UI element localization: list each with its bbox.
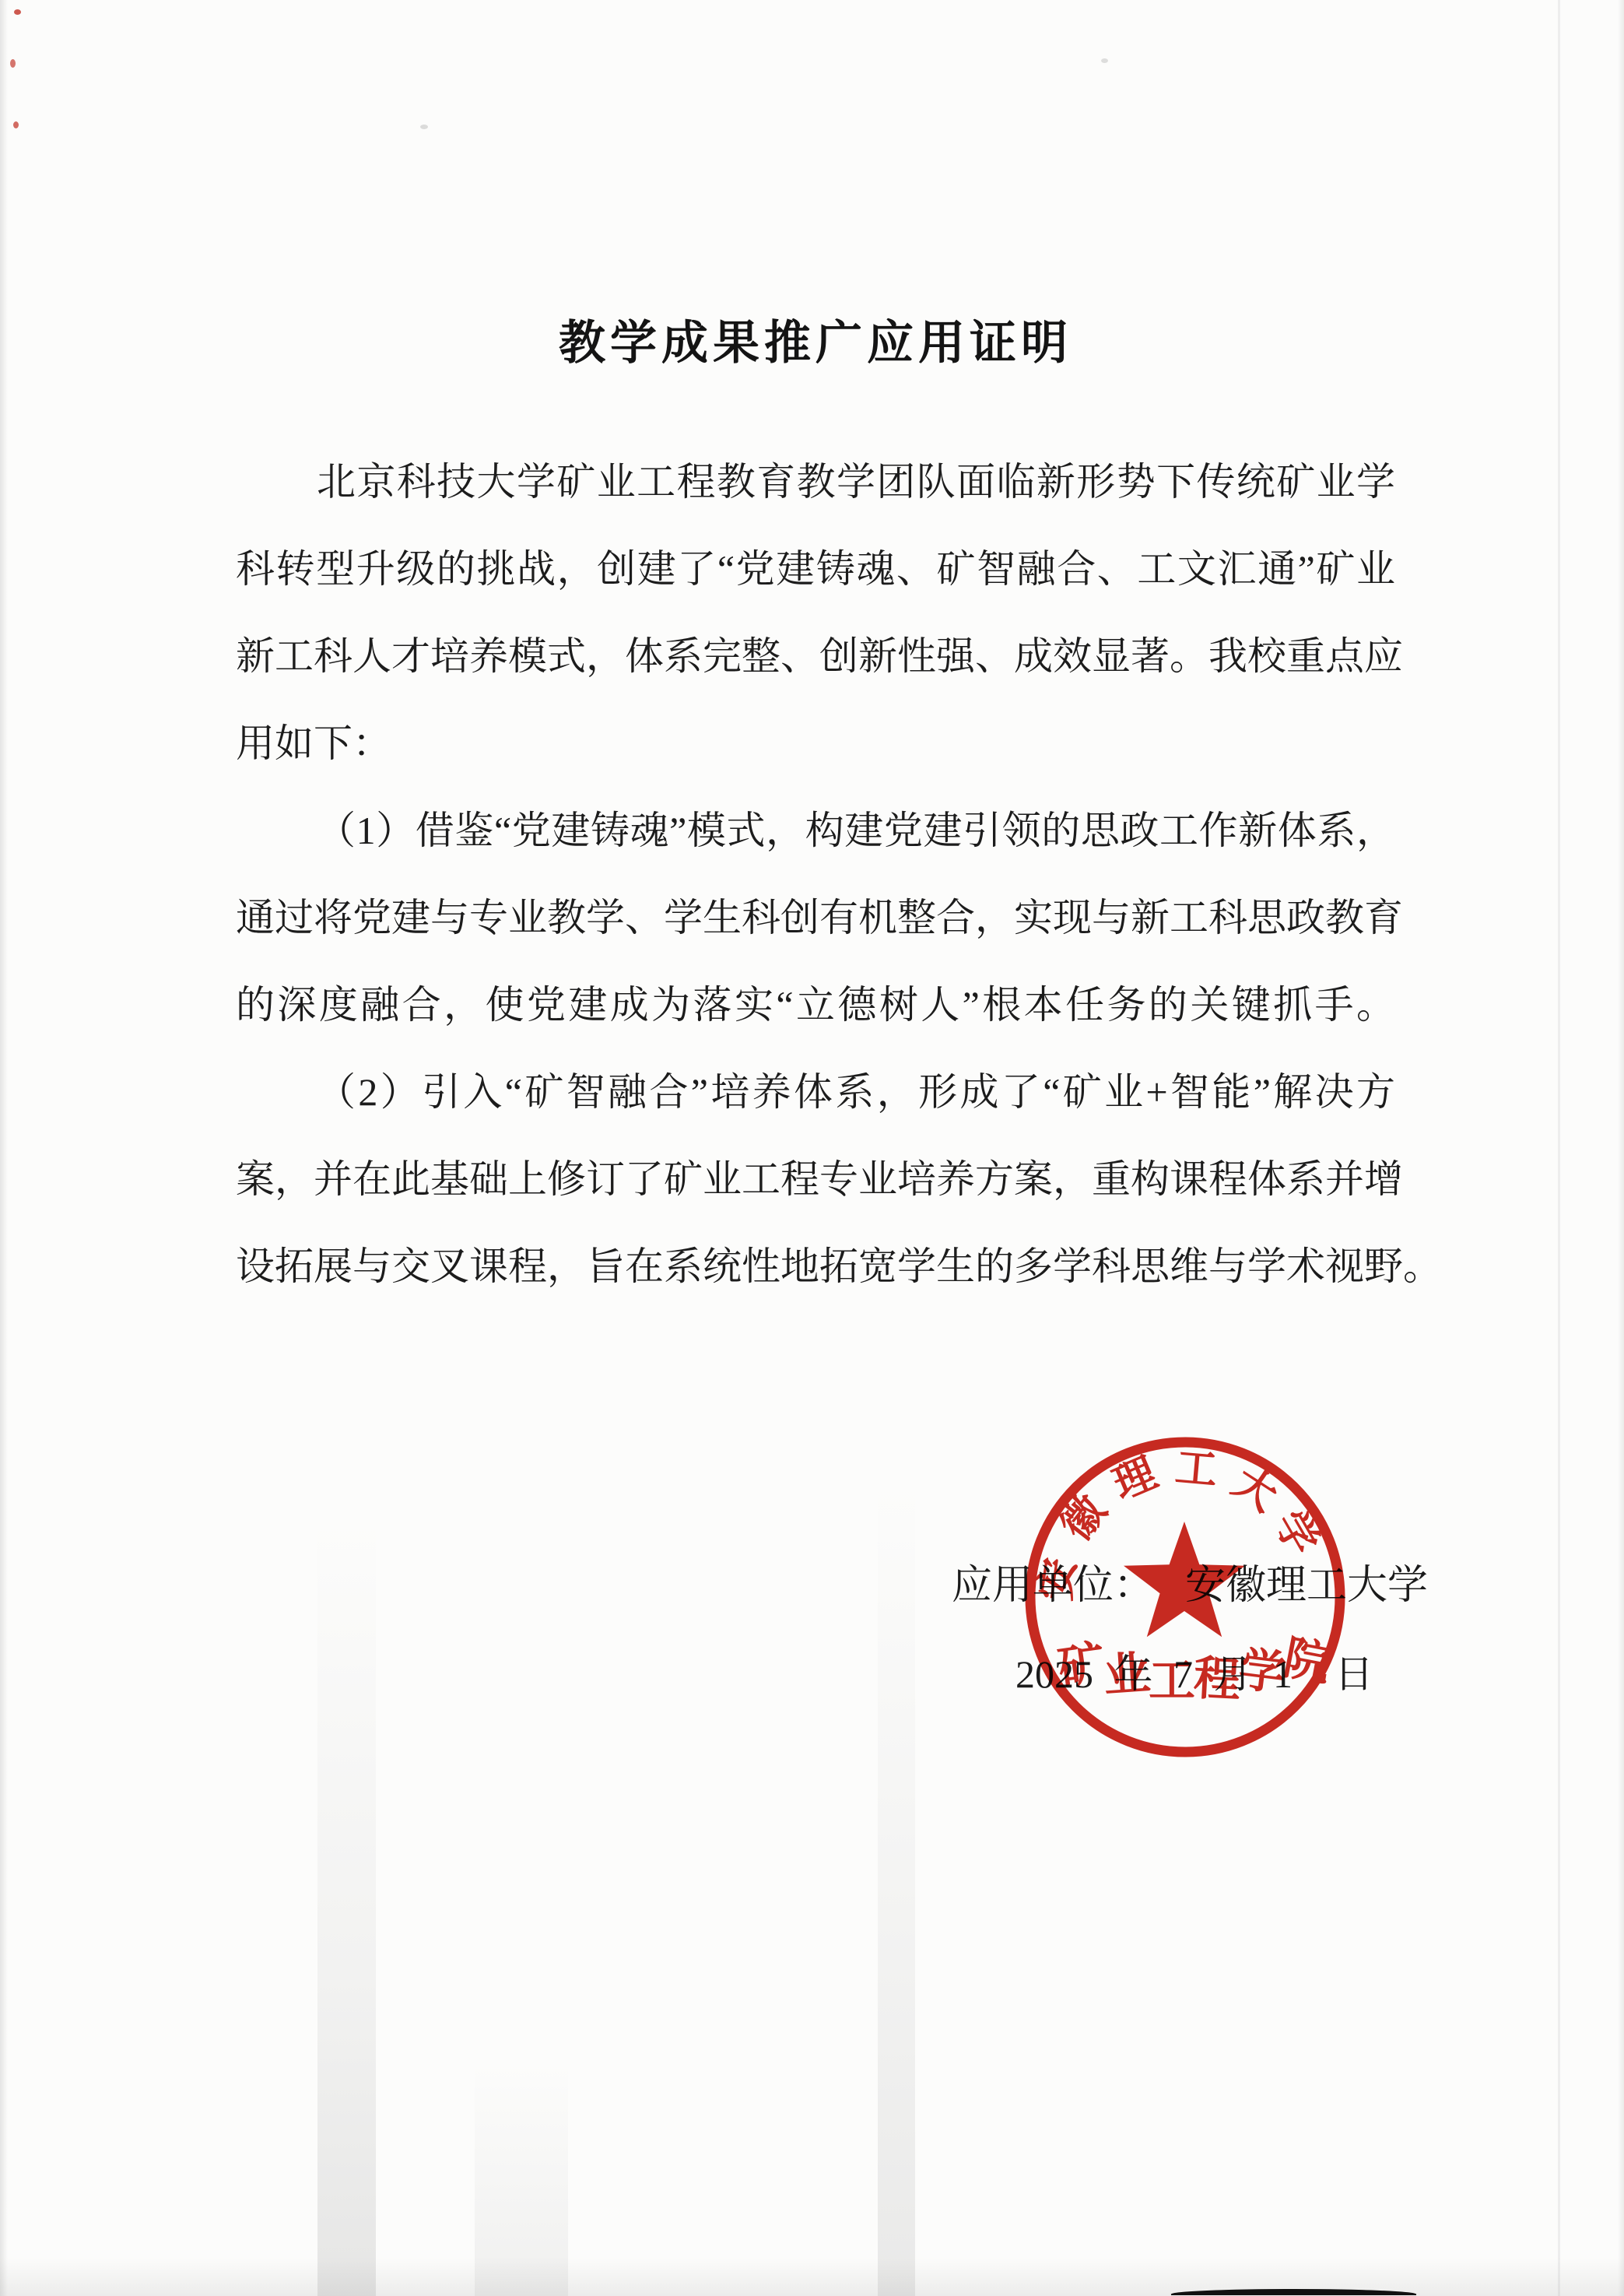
scanned-certificate-page: 教学成果推广应用证明 北京科技大学矿业工程教育教学团队面临新形势下传统矿业学 科… [0, 0, 1624, 2296]
body-line-2: 科转型升级的挑战，创建了“党建铸魂、矿智融合、工文汇通”矿业 [236, 528, 1395, 615]
scan-edge-line-right [1558, 0, 1560, 2296]
body-line-8: （2）引入“矿智融合”培养体系，形成了“矿业+智能”解决方 [236, 1051, 1395, 1138]
scan-edge-shadow-left [0, 0, 8, 2296]
body-line-5: （1）借鉴“党建铸魂”模式，构建党建引领的思政工作新体系， [236, 789, 1395, 876]
body-line-10: 设拓展与交叉课程，旨在系统性地拓宽学生的多学科思维与学术视野。 [236, 1225, 1395, 1312]
seal-arc-char: 安 [1032, 1555, 1084, 1603]
seal-department-text: 矿 业 工 程 学 院 [1055, 1632, 1335, 1707]
document-title: 教学成果推广应用证明 [236, 318, 1395, 369]
gray-scan-speck [1101, 58, 1108, 63]
star-icon [1124, 1522, 1245, 1637]
seal-dept-char: 院 [1279, 1632, 1335, 1691]
body-line-3: 新工科人才培养模式，体系完整、创新性强、成效显著。我校重点应 [236, 615, 1395, 702]
red-ink-speck [14, 9, 21, 15]
university-seal-stamp: 安 徽 理 工 大 学 矿 业 工 程 学 院 [1002, 1414, 1368, 1780]
body-line-7: 的深度融合，使党建成为落实“立德树人”根本任务的关键抓手。 [236, 964, 1395, 1051]
body-line-6: 通过将党建与专业教学、学生科创有机整合，实现与新工科思政教育 [236, 876, 1395, 964]
scan-edge-shadow-right [1618, 0, 1624, 2296]
seal-dept-char: 学 [1236, 1644, 1289, 1701]
seal-dept-char: 矿 [1055, 1637, 1109, 1694]
scan-bottom-edge-mark [1171, 2289, 1416, 2295]
red-ink-speck [10, 59, 16, 68]
seal-dept-char: 工 [1149, 1655, 1195, 1707]
body-line-9: 案，并在此基础上修订了矿业工程专业培养方案，重构课程体系并增 [236, 1138, 1395, 1225]
seal-arc-char: 工 [1173, 1444, 1219, 1494]
seal-dept-char: 业 [1102, 1648, 1152, 1702]
seal-dept-char: 程 [1192, 1652, 1241, 1706]
body-line-1: 北京科技大学矿业工程教育教学团队面临新形势下传统矿业学 [236, 441, 1395, 528]
scan-streak [878, 1479, 915, 2296]
red-ink-speck [13, 121, 19, 128]
scan-streak [317, 1518, 376, 2296]
gray-scan-speck [420, 125, 428, 129]
body-line-4: 用如下： [236, 702, 1395, 789]
document-body: 北京科技大学矿业工程教育教学团队面临新形势下传统矿业学 科转型升级的挑战，创建了… [236, 441, 1395, 1312]
